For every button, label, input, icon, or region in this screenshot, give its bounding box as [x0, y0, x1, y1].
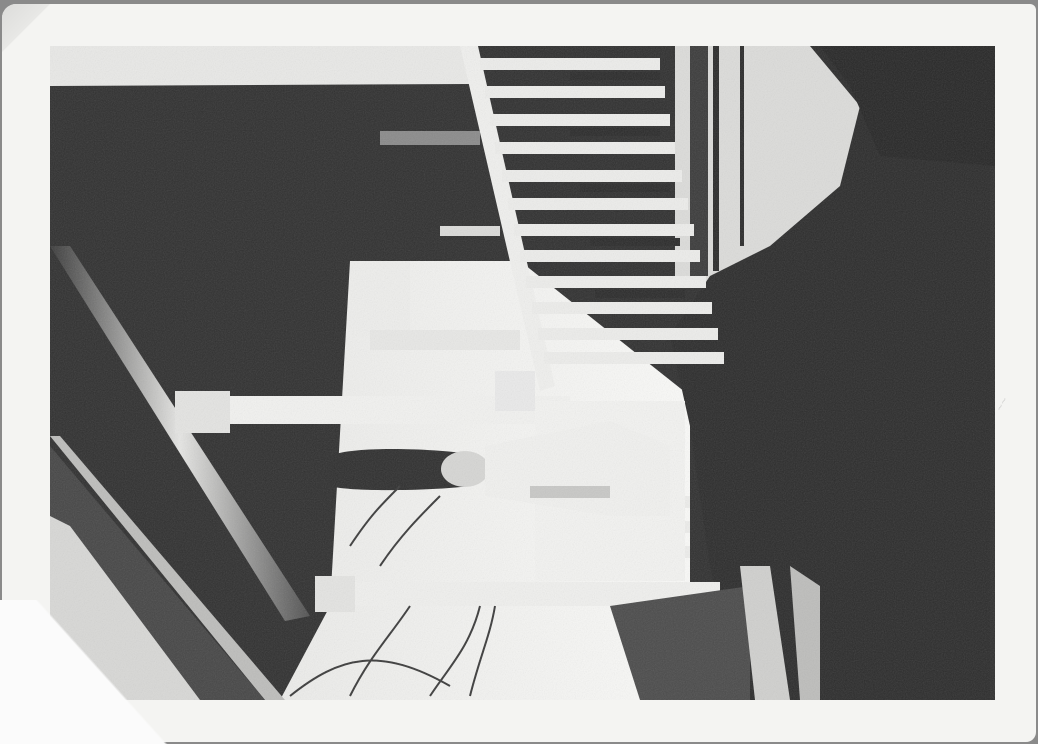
worn-corner-top-left [2, 4, 52, 52]
film-grain [50, 46, 995, 700]
photograph [50, 46, 995, 700]
worn-corner-bottom-left [0, 600, 170, 744]
photo-scene [50, 46, 995, 700]
